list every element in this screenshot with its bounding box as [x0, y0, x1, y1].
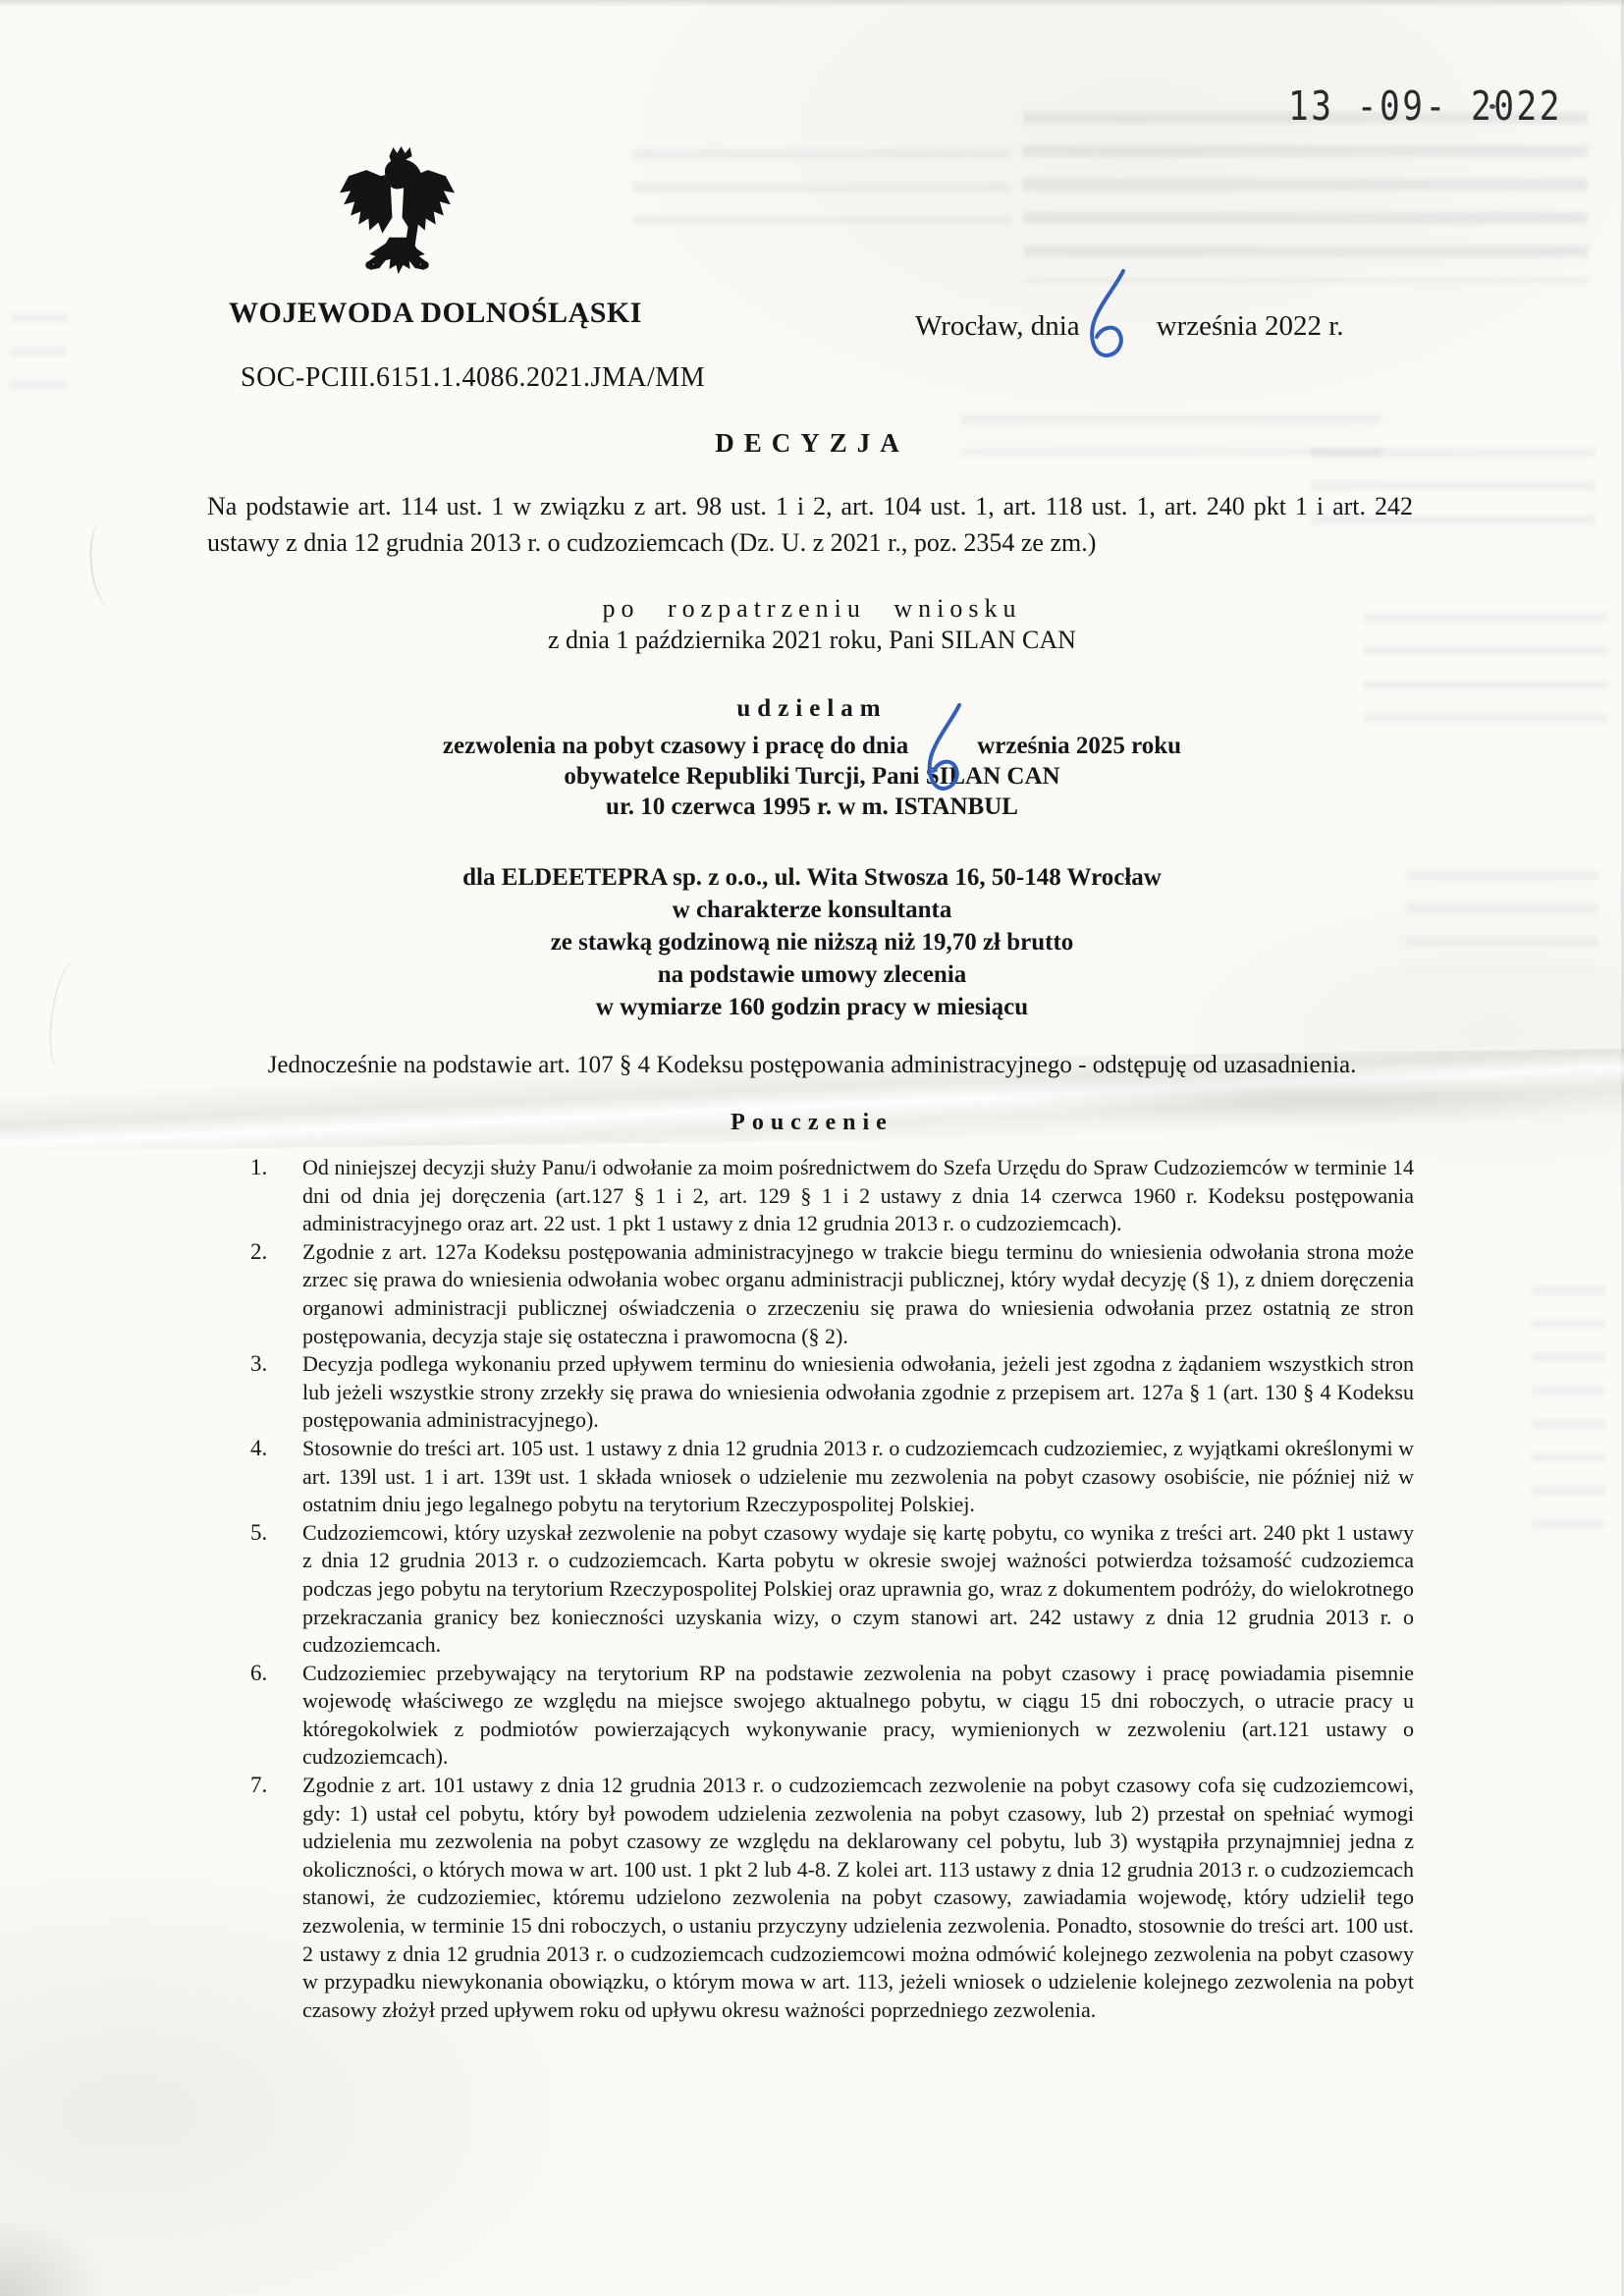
bleed-through-smudge: [10, 290, 67, 406]
employment-terms-section: dla ELDEETEPRA sp. z o.o., ul. Wita Stwo…: [147, 861, 1477, 1023]
bleed-through-smudge: [1532, 1262, 1605, 1547]
paper-corner-shadow: [0, 2185, 147, 2296]
document-title: DECYZJA: [147, 428, 1477, 459]
item-text: Zgodnie z art. 101 ustawy z dnia 12 grud…: [302, 1773, 1414, 2022]
item-text: Od niniejszej decyzji służy Panu/i odwoł…: [302, 1155, 1414, 1235]
scan-edge-artifact-top: [0, 0, 1624, 7]
employment-position-line: w charakterze konsultanta: [147, 894, 1477, 926]
item-text: Cudzoziemiec przebywający na terytorium …: [302, 1661, 1414, 1770]
instructions-heading: Pouczenie: [147, 1110, 1477, 1136]
item-number: 4.: [250, 1435, 267, 1463]
legal-basis-paragraph: Na podstawie art. 114 ust. 1 w związku z…: [207, 488, 1413, 561]
item-text: Decyzja podlega wykonaniu przed upływem …: [302, 1351, 1414, 1432]
grant-line-validity: zezwolenia na pobyt czasowy i pracę do d…: [147, 724, 1477, 761]
employment-contract-line: na podstawie umowy zlecenia: [147, 958, 1477, 991]
after-review-heading: po rozpatrzeniu wniosku: [147, 593, 1477, 625]
item-number: 3.: [250, 1350, 267, 1379]
grant-line-citizen: obywatelce Republiki Turcji, Pani SILAN …: [147, 761, 1477, 792]
stamp-ink-dot: [1489, 104, 1495, 109]
place-date-suffix: września 2022 r.: [1157, 310, 1344, 342]
handwritten-validity-day: [918, 724, 967, 753]
instruction-item-5: 5. Cudzoziemcowi, który uzyskał zezwolen…: [250, 1519, 1414, 1660]
handwritten-day-digit: [918, 702, 965, 800]
instruction-item-4: 4. Stosownie do treści art. 105 ust. 1 u…: [250, 1435, 1414, 1519]
employment-employer-line: dla ELDEETEPRA sp. z o.o., ul. Wita Stwo…: [147, 861, 1477, 894]
after-review-section: po rozpatrzeniu wniosku z dnia 1 paździe…: [147, 593, 1477, 656]
handwritten-day-digit: [1078, 267, 1131, 369]
instruction-item-6: 6. Cudzoziemiec przebywający na terytori…: [250, 1660, 1414, 1772]
grant-heading: udzielam: [147, 693, 1477, 724]
after-review-detail: z dnia 1 października 2021 roku, Pani SI…: [147, 625, 1477, 656]
item-number: 7.: [250, 1772, 267, 1800]
item-text: Zgodnie z art. 127a Kodeksu postępowania…: [302, 1239, 1414, 1348]
paper-crease-left-upper: [86, 521, 127, 609]
bleed-through-smudge: [633, 126, 1011, 224]
grant-line-birth: ur. 10 czerwca 1995 r. w m. ISTANBUL: [147, 792, 1477, 822]
instruction-item-2: 2. Zgodnie z art. 127a Kodeksu postępowa…: [250, 1238, 1414, 1350]
instruction-item-7: 7. Zgodnie z art. 101 ustawy z dnia 12 g…: [250, 1772, 1414, 2024]
place-and-date-line: Wrocław, dniawrześnia 2022 r.: [915, 310, 1344, 343]
instructions-list: 1. Od niniejszej decyzji służy Panu/i od…: [250, 1154, 1414, 2024]
instruction-item-1: 1. Od niniejszej decyzji służy Panu/i od…: [250, 1154, 1414, 1238]
employment-hours-line: w wymiarze 160 godzin pracy w miesiącu: [147, 991, 1477, 1023]
polish-eagle-emblem-icon: [335, 144, 459, 282]
received-date-stamp: 13 -09- 2022: [1288, 82, 1562, 130]
grant-line1-after: września 2025 roku: [977, 733, 1181, 759]
case-reference-number: SOC-PCIII.6151.1.4086.2021.JMA/MM: [241, 362, 705, 394]
place-date-prefix: Wrocław, dnia: [915, 310, 1080, 342]
item-number: 2.: [250, 1238, 267, 1267]
scanned-decision-document: 13 -09- 2022 WOJEWODA DOLNOŚLĄSKI Wrocła…: [0, 0, 1624, 2296]
grant-section: udzielam zezwolenia na pobyt czasowy i p…: [147, 693, 1477, 822]
item-number: 5.: [250, 1519, 267, 1548]
issuing-authority-title: WOJEWODA DOLNOŚLĄSKI: [229, 297, 642, 330]
item-number: 6.: [250, 1660, 267, 1688]
grant-line1-before: zezwolenia na pobyt czasowy i pracę do d…: [443, 733, 908, 759]
instruction-item-3: 3. Decyzja podlega wykonaniu przed upływ…: [250, 1350, 1414, 1435]
item-text: Cudzoziemcowi, który uzyskał zezwolenie …: [302, 1520, 1414, 1657]
item-number: 1.: [250, 1154, 267, 1182]
justification-waiver-line: Jednocześnie na podstawie art. 107 § 4 K…: [147, 1052, 1477, 1079]
paper-crease-left: [43, 956, 102, 1078]
item-text: Stosownie do treści art. 105 ust. 1 usta…: [302, 1436, 1414, 1516]
employment-wage-line: ze stawką godzinową nie niższą niż 19,70…: [147, 926, 1477, 958]
